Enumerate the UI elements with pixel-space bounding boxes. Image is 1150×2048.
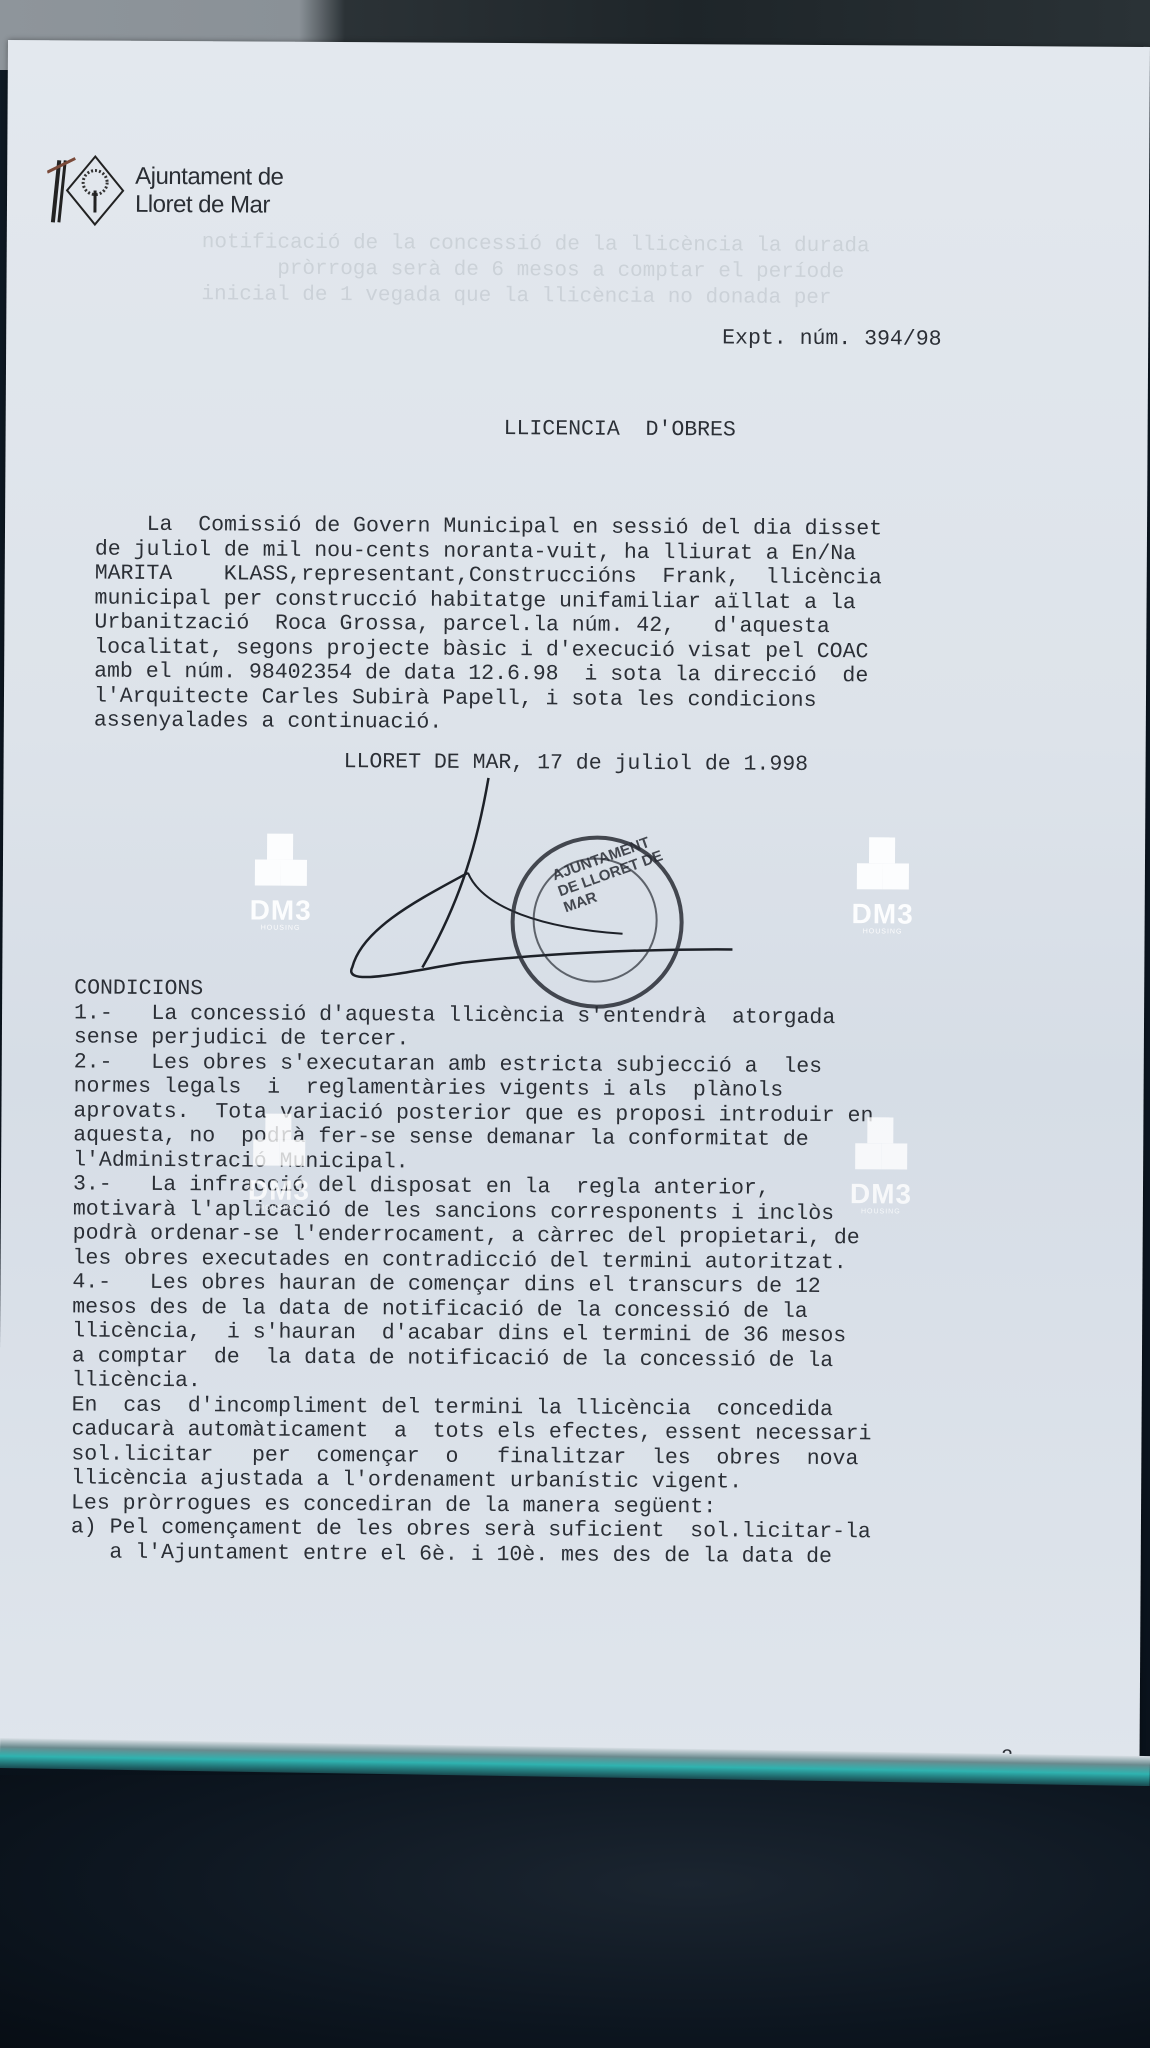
watermark-logo: DM3 HOUSING	[239, 1111, 320, 1211]
document-title: LLICENCIA D'OBRES	[504, 417, 736, 443]
org-name-line2: Lloret de Mar	[135, 191, 283, 220]
building-blocks-icon	[251, 832, 311, 892]
expedient-number: Expt. núm. 394/98	[722, 326, 941, 352]
watermark-brand: DM3	[239, 1176, 319, 1204]
building-blocks-icon	[851, 1115, 911, 1175]
building-blocks-icon	[853, 835, 913, 895]
bleed-through-text: inicial de 1 vegada que la llicència no …	[201, 283, 831, 311]
background-bottom	[0, 1775, 1150, 2048]
watermark-logo: DM3 HOUSING	[843, 835, 924, 935]
watermark-brand: DM3	[843, 900, 923, 928]
conditions-section: CONDICIONS 1.- La concessió d'aquesta ll…	[71, 976, 875, 1569]
intro-paragraph: La Comissió de Govern Municipal en sessi…	[94, 513, 882, 738]
text-line: assenyalades a continuació.	[94, 709, 881, 738]
watermark-brand: DM3	[241, 896, 321, 924]
watermark-logo: DM3 HOUSING	[841, 1115, 922, 1215]
bleed-through-text: pròrroga serà de 6 mesos a comptar el pe…	[202, 257, 845, 285]
bleed-through-text: notificació de la concessió de la llicèn…	[202, 231, 870, 259]
watermark-brand: DM3	[841, 1180, 921, 1208]
building-blocks-icon	[249, 1111, 309, 1171]
text-line: a l'Ajuntament entre el 6è. i 10è. mes d…	[71, 1540, 871, 1569]
watermark-logo: DM3 HOUSING	[241, 831, 322, 931]
coat-of-arms-icon	[47, 150, 127, 230]
org-name-line1: Ajuntament de	[135, 163, 283, 192]
municipal-logo: Ajuntament de Lloret de Mar	[47, 150, 284, 231]
document-page: notificació de la concessió de la llicèn…	[0, 40, 1150, 1767]
